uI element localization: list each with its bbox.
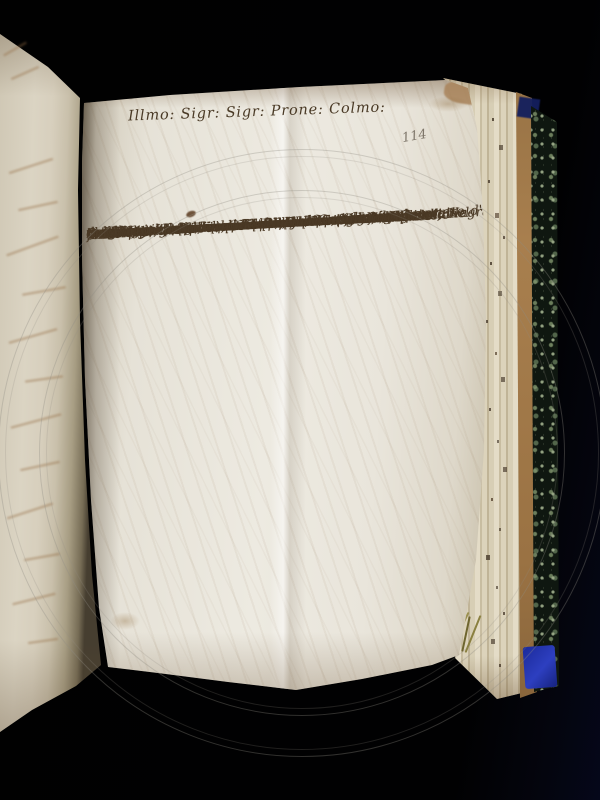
paper-stain <box>428 96 468 112</box>
manuscript-photo: Illmo: Sigr: Sigr: Prone: Colmo: 114 Ho … <box>0 0 600 800</box>
folio-page-number: 114 <box>401 127 428 146</box>
salutation-line: Illmo: Sigr: Sigr: Prone: Colmo: <box>128 100 386 125</box>
watermark-ring <box>0 149 600 757</box>
page-edge-ink-marks <box>0 0 2 3</box>
ink-smudge <box>128 96 133 99</box>
